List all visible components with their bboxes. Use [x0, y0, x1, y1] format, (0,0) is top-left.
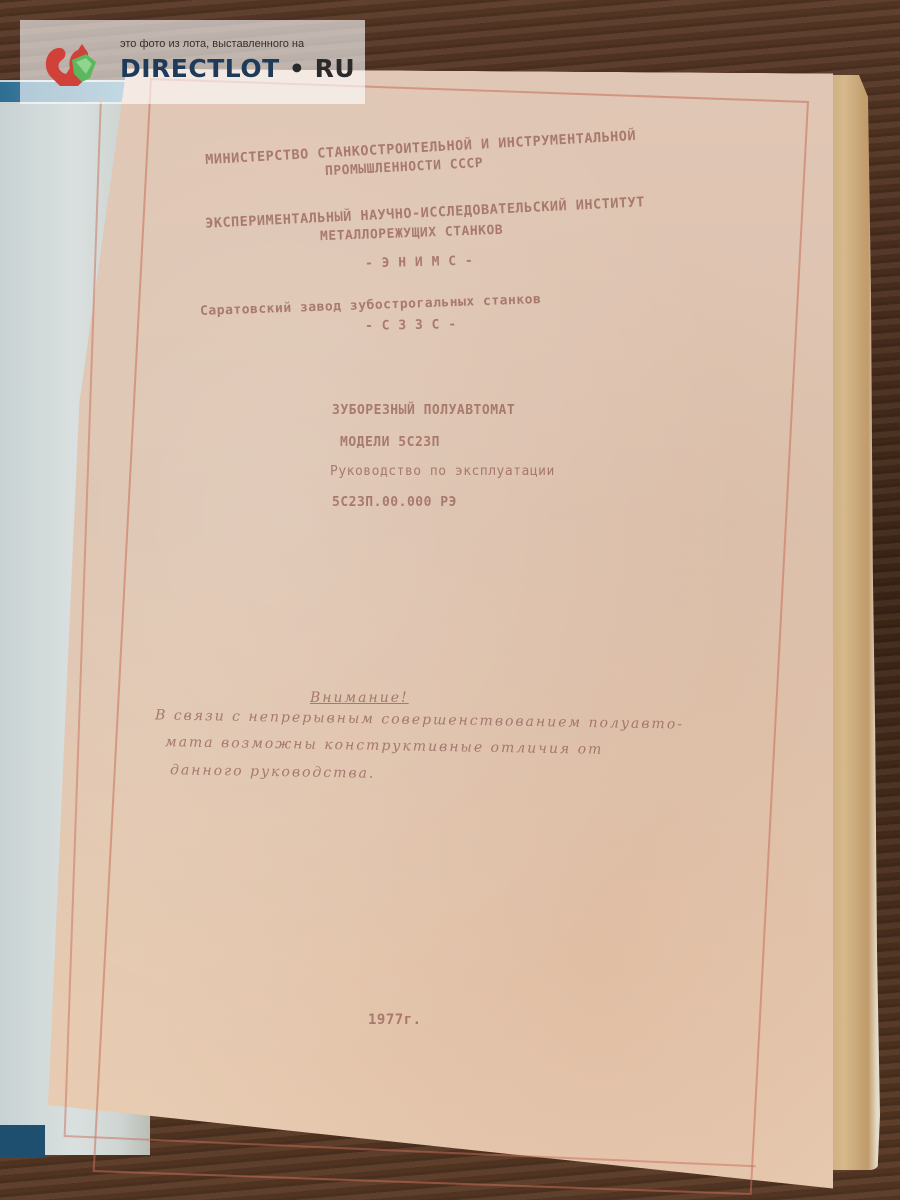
header-enims: - Э Н И М С - — [365, 254, 474, 272]
binder-edge-bottom — [0, 1125, 45, 1157]
title-doc-code: 5С23П.00.000 РЭ — [332, 495, 457, 510]
watermark-caption: это фото из лота, выставленного на — [120, 38, 304, 50]
brand-dot: • — [289, 54, 305, 83]
header-plant-abbr: - С З З С - — [365, 317, 457, 334]
brand-name: DIRECTLOT — [120, 54, 280, 83]
notice-heading: Внимание! — [310, 690, 409, 706]
title-model: МОДЕЛИ 5С23П — [340, 435, 440, 450]
title-machine: ЗУБОРЕЗНЫЙ ПОЛУАВТОМАТ — [332, 403, 515, 418]
document-year: 1977г. — [368, 1012, 422, 1028]
watermark-brand: DIRECTLOT • RU — [120, 54, 355, 83]
squirrel-logo-icon — [42, 38, 108, 92]
title-manual: Руководство по эксплуатации — [330, 464, 555, 479]
brand-tld: RU — [315, 54, 356, 83]
directlot-watermark: это фото из лота, выставленного на DIREC… — [20, 20, 365, 104]
